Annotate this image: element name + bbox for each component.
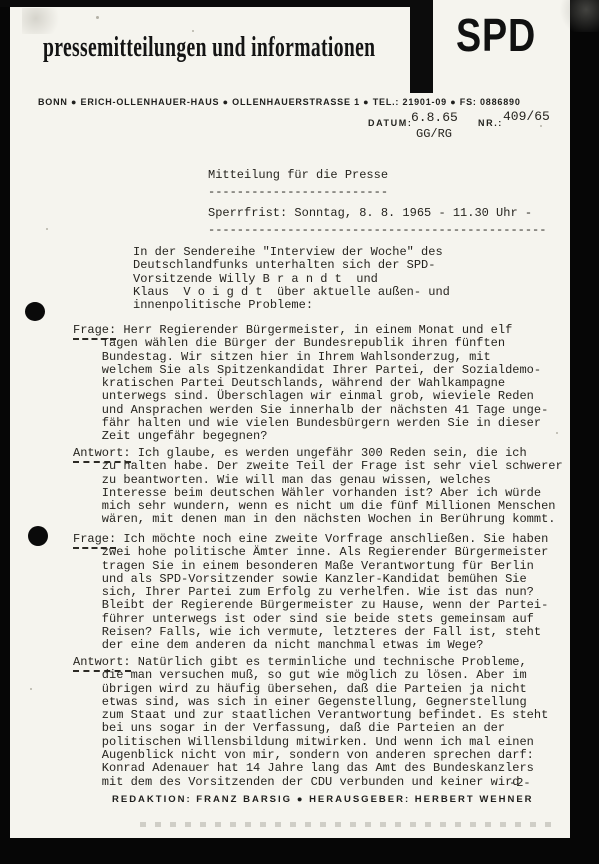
scan-speck [192,30,194,32]
intro-paragraph: In der Sendereihe "Interview der Woche" … [133,246,450,312]
datum-initials: GG/RG [416,128,452,141]
scan-noise-corner [556,0,599,32]
masthead-title: pressemitteilungen und informationen [43,34,375,62]
punch-hole-top [25,302,45,321]
punch-hole-bottom [28,526,48,546]
scan-edge-top [0,0,433,7]
address-line: BONN ● ERICH-OLLENHAUER-HAUS ● OLLENHAUE… [38,97,521,107]
answer-text: Ich glaube, es werden ungefähr 300 Reden… [73,446,563,526]
scan-smudge [140,822,560,827]
qa-block-question-1: Frage: Herr Regierender Bürgermeister, i… [73,324,548,444]
scanned-press-release: pressemitteilungen und informationen SPD… [0,0,599,864]
qa-block-answer-2: Antwort: Natürlich gibt es terminliche u… [73,656,548,789]
scan-speck [540,125,542,127]
qa-block-question-2: Frage: Ich möchte noch eine zweite Vorfr… [73,533,548,653]
answer-text: Natürlich gibt es terminliche und techni… [73,655,548,789]
spd-logo-bar [410,0,433,93]
datum-label: DATUM: [368,118,412,128]
scan-speck [96,16,99,19]
sperrfrist-line: Sperrfrist: Sonntag, 8. 8. 1965 - 11.30 … [208,205,546,239]
footer-imprint: REDAKTION: FRANZ BARSIG ● HERAUSGEBER: H… [112,794,534,805]
sperrfrist-text: Sperrfrist: Sonntag, 8. 8. 1965 - 11.30 … [208,206,532,220]
nr-value: 409/65 [503,110,550,123]
scan-speck [30,688,32,690]
nr-label: NR.: [478,118,503,128]
question-text: Ich möchte noch eine zweite Vorfrage ans… [73,532,548,652]
spd-logo: SPD [456,11,536,59]
sperrfrist-underline: ----------------------------------------… [208,223,546,237]
qa-block-answer-1: Antwort: Ich glaube, es werden ungefähr … [73,447,563,527]
scan-speck [46,228,48,230]
question-text: Herr Regierender Bürgermeister, in einem… [73,323,548,443]
page-number: -2- [509,776,531,790]
scan-noise-topleft [22,8,68,34]
notice-title: Mitteilung für die Presse --------------… [208,167,388,201]
scan-speck [556,432,558,434]
notice-title-text: Mitteilung für die Presse [208,168,388,182]
datum-value: 6.8.65 [411,111,458,124]
notice-title-underline: ------------------------- [208,185,388,199]
